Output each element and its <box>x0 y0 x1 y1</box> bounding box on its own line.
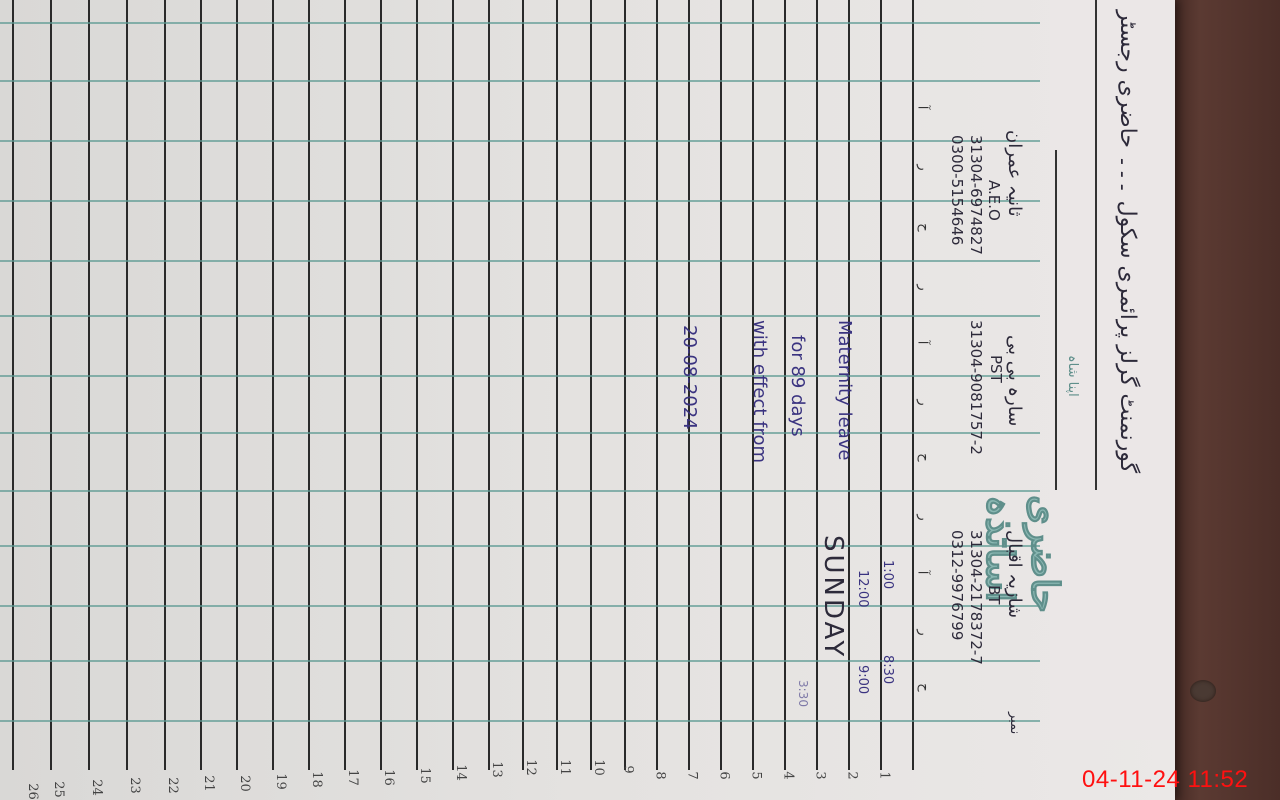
rule-line <box>452 0 454 770</box>
column-rule <box>0 80 1040 82</box>
rule-line <box>556 0 558 770</box>
staff-designation: A.E.O <box>985 180 1003 221</box>
staff-name: ثانیہ عمران <box>1004 130 1025 217</box>
staff-name: سارہ بی بی <box>1004 335 1025 426</box>
staff-designation: BT <box>985 585 1003 604</box>
rule-line <box>522 0 524 770</box>
attendance-mark: ح <box>917 453 932 461</box>
time-entry: 8:30 <box>880 655 895 684</box>
leave-note-date: 20-08-2024 <box>679 325 700 430</box>
time-entry: 3:30 <box>796 680 810 707</box>
leave-note-line1: Maternity leave <box>834 320 855 460</box>
attendance-mark: ح <box>917 223 932 231</box>
staff-name: شازیہ اقبال <box>1004 530 1025 618</box>
time-entry: 1:00 <box>880 560 895 589</box>
rule-line <box>624 0 626 770</box>
row-number: 18 <box>309 771 324 788</box>
header-underline-2 <box>1055 150 1057 490</box>
staff-cnic: 31304-2178372-7 <box>967 530 985 665</box>
column-rule <box>0 140 1040 142</box>
rule-line <box>416 0 418 770</box>
rule-line <box>912 0 914 770</box>
wooden-table-surface <box>1165 0 1280 800</box>
column-rule <box>0 545 1040 547</box>
rule-line <box>380 0 382 770</box>
row-number: 15 <box>417 767 432 784</box>
attendance-mark: ر <box>916 284 931 290</box>
row-number: 13 <box>489 761 504 778</box>
attendance-mark: آ <box>914 106 929 110</box>
row-number: 14 <box>453 764 468 781</box>
rule-line <box>656 0 658 770</box>
register-page: گورنمنٹ گرلز پرائمری سکول ۔۔۔ حاضری رجسٹ… <box>0 0 1175 800</box>
column-rule <box>0 605 1040 607</box>
attendance-mark: آ <box>914 341 929 345</box>
time-entry: 12:00 <box>855 570 870 607</box>
row-number: 1 <box>877 771 892 779</box>
row-number: 10 <box>591 759 606 776</box>
column-rule <box>0 375 1040 377</box>
row-number: 25 <box>51 781 66 798</box>
time-entry: 9:00 <box>855 665 870 694</box>
row-number: 7 <box>685 771 700 779</box>
row-number: 21 <box>201 775 216 792</box>
attendance-mark: ر <box>916 629 931 635</box>
rule-line <box>88 0 90 770</box>
column-rule <box>0 22 1040 24</box>
rule-line <box>236 0 238 770</box>
staff-phone: 0300-5154646 <box>948 135 966 245</box>
sunday-note: SUNDAY <box>818 535 848 659</box>
column-rule <box>0 490 1040 492</box>
row-number: 22 <box>165 777 180 794</box>
row-number: 2 <box>845 771 860 779</box>
column-rule <box>0 432 1040 434</box>
row-number: 6 <box>717 771 732 779</box>
rule-line <box>488 0 490 770</box>
rule-line <box>12 0 14 770</box>
leave-note-line3: with effect from <box>749 320 770 463</box>
serial-header: نمبر <box>1007 712 1022 734</box>
row-number: 4 <box>781 771 796 779</box>
rule-line <box>164 0 166 770</box>
rule-line <box>200 0 202 770</box>
rule-line <box>344 0 346 770</box>
rule-line <box>50 0 52 770</box>
column-rule <box>0 315 1040 317</box>
attendance-mark: آ <box>914 571 929 575</box>
leave-note-line2: for 89 days <box>787 335 808 437</box>
photo-timestamp: 04-11-24 11:52 <box>1082 766 1248 794</box>
attendance-mark: ر <box>916 514 931 520</box>
row-number: 11 <box>557 759 572 776</box>
row-number: 17 <box>345 769 360 786</box>
row-number: 5 <box>749 771 764 779</box>
attendance-mark: ح <box>917 683 932 691</box>
row-number: 12 <box>523 759 538 776</box>
row-number: 3 <box>813 771 828 779</box>
row-number: 20 <box>237 775 252 792</box>
column-rule <box>0 720 1040 722</box>
staff-designation: PST <box>987 355 1005 383</box>
row-number: 24 <box>89 779 104 796</box>
header-label: اپنا شاہ <box>1065 355 1080 397</box>
staff-cnic: 31304-9081757-2 <box>967 320 985 455</box>
row-number: 26 <box>25 783 40 800</box>
rule-line <box>784 0 786 770</box>
column-rule <box>0 260 1040 262</box>
rule-line <box>126 0 128 770</box>
row-number: 8 <box>653 771 668 779</box>
attendance-mark: ر <box>916 164 931 170</box>
register-title: گورنمنٹ گرلز پرائمری سکول ۔۔۔ حاضری رجسٹ… <box>1115 10 1140 473</box>
row-number: 9 <box>621 765 636 773</box>
rule-line <box>308 0 310 770</box>
attendance-mark: ر <box>916 399 931 405</box>
rule-line <box>590 0 592 770</box>
column-rule <box>0 200 1040 202</box>
row-number: 16 <box>381 769 396 786</box>
rule-line <box>272 0 274 770</box>
row-number: 19 <box>273 773 288 790</box>
staff-phone: 0312-9976799 <box>948 530 966 640</box>
staff-cnic: 31304-6974827 <box>967 135 985 255</box>
row-number: 23 <box>127 777 142 794</box>
rule-line <box>720 0 722 770</box>
table-hole <box>1190 680 1216 702</box>
header-underline <box>1095 0 1097 490</box>
